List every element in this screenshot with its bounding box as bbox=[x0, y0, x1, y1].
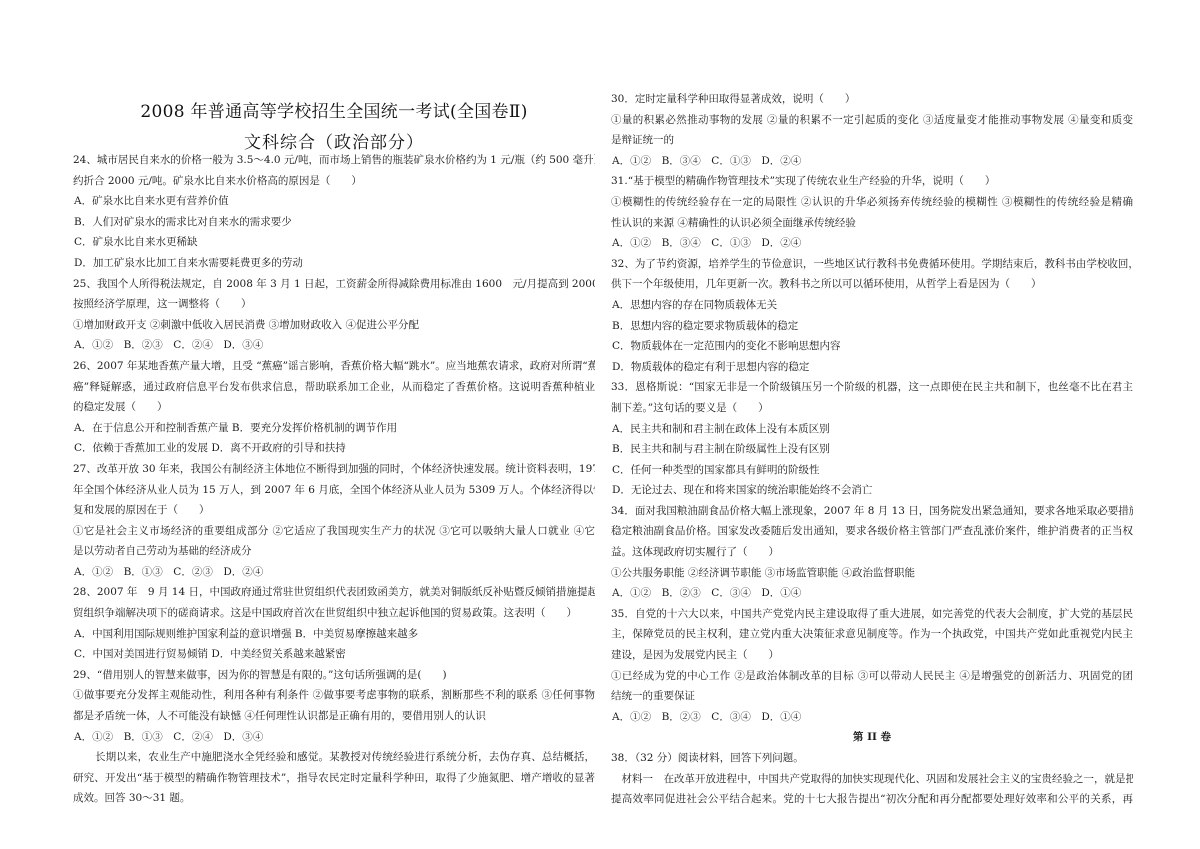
exam-title: 2008 年普通高等学校招生全国统一考试(全国卷Ⅱ) bbox=[73, 97, 595, 122]
text-line: 约折合 2000 元/吨。矿泉水比自来水价格高的原因是（ ） bbox=[73, 171, 595, 192]
text-line: 研究、开发出“基于模型的精确作物管理技术”，指导农民定时定量科学种田，取得了少施… bbox=[73, 768, 595, 789]
text-line: 建设，是因为发展党内民主（ ） bbox=[611, 645, 1133, 666]
text-line: 31.“基于模型的精确作物管理技术”实现了传统农业生产经验的升华，说明（ ） bbox=[611, 171, 1133, 192]
text-line: 的稳定发展（ ） bbox=[73, 397, 595, 418]
text-line: A．①② B．①③ C．②④ D．③④ bbox=[73, 727, 595, 748]
left-column-body: 24、城市居民自来水的价格一般为 3.5～4.0 元/吨，而市场上销售的瓶装矿泉… bbox=[73, 150, 595, 809]
text-line: 27、改革开放 30 年来，我国公有制经济主体地位不断得到加强的同时，个体经济快… bbox=[73, 459, 595, 480]
text-line: A．①② B．②③ C．②④ D．③④ bbox=[73, 335, 595, 356]
text-line: ①量的积累必然推动事物的发展 ②量的积累不一定引起质的变化 ③适度量变才能推动事… bbox=[611, 110, 1133, 131]
text-line: A．①② B．③④ C．①③ D．②④ bbox=[611, 151, 1133, 172]
text-line: 30．定时定量科学种田取得显著成效，说明（ ） bbox=[611, 89, 1133, 110]
text-line: 年全国个体经济从业人员为 15 万人，到 2007 年 6 月底，全国个体经济从… bbox=[73, 480, 595, 501]
text-line: A．①② B．②③ C．③④ D．①④ bbox=[611, 583, 1133, 604]
text-line: A．思想内容的存在同物质载体无关 bbox=[611, 295, 1133, 316]
text-line: B．人们对矿泉水的需求比对自来水的需求要少 bbox=[73, 212, 595, 233]
text-line: A．①② B．①③ C．②③ D．②④ bbox=[73, 562, 595, 583]
text-line: D．物质载体的稳定有利于思想内容的稳定 bbox=[611, 357, 1133, 378]
text-line: 主，保障党员的民主权利，建立党内重大决策征求意见制度等。作为一个执政党，中国共产… bbox=[611, 624, 1133, 645]
text-line: 供下一个年级使用，几年更新一次。教科书之所以可以循环使用，从哲学上看是因为（ ） bbox=[611, 274, 1133, 295]
text-line: C．中国对美国进行贸易倾销 D．中美经贸关系越来越紧密 bbox=[73, 644, 595, 665]
text-line: 32、为了节约资源，培养学生的节俭意识，一些地区试行教科书免费循环使用。学期结束… bbox=[611, 254, 1133, 275]
text-line: 26、2007 年某地香蕉产量大增，且受 “蕉癌”谣言影响，香蕉价格大幅“跳水”… bbox=[73, 356, 595, 377]
text-line: ①模糊性的传统经验存在一定的局限性 ②认识的升华必须扬弃传统经验的模糊性 ③模糊… bbox=[611, 192, 1133, 213]
text-line: 是以劳动者自己劳动为基础的经济成分 bbox=[73, 541, 595, 562]
text-line: 提高效率同促进社会公平结合起来。党的十七大报告提出“初次分配和再分配都要处理好效… bbox=[611, 789, 1133, 810]
text-line: C．矿泉水比自来水更稀缺 bbox=[73, 232, 595, 253]
text-line: C．任何一种类型的国家都具有鲜明的阶级性 bbox=[611, 460, 1133, 481]
text-line: B．民主共和制与君主制在阶级属性上没有区别 bbox=[611, 439, 1133, 460]
text-line: ①增加财政开支 ②刺激中低收入居民消费 ③增加财政收入 ④促进公平分配 bbox=[73, 315, 595, 336]
text-line: 29、“借用别人的智慧来做事，因为你的智慧是有限的。”这句话所强调的是( ) bbox=[73, 665, 595, 686]
text-line: 复和发展的原因在于（ ） bbox=[73, 500, 595, 521]
text-line: 按照经济学原理，这一调整将（ ） bbox=[73, 294, 595, 315]
text-line: 贸组织争端解决项下的磋商请求。这是中国政府首次在世贸组织中独立起诉他国的贸易政策… bbox=[73, 603, 595, 624]
text-line: A．中国利用国际规则维护国家利益的意识增强 B．中美贸易摩擦越来越多 bbox=[73, 624, 595, 645]
text-line: 33．恩格斯说：“国家无非是一个阶级镇压另一个阶级的机器，这一点即使在民主共和制… bbox=[611, 377, 1133, 398]
text-line: 制下差。”这句话的要义是（ ） bbox=[611, 398, 1133, 419]
text-line: 第 II 卷 bbox=[611, 727, 1133, 748]
text-line: C．依赖于香蕉加工业的发展 D．离不开政府的引导和扶持 bbox=[73, 438, 595, 459]
text-line: 成效。回答 30～31 题。 bbox=[73, 788, 595, 809]
text-line: 25、我国个人所得税法规定，自 2008 年 3 月 1 日起，工资薪金所得减除… bbox=[73, 274, 595, 295]
text-line: 稳定粮油副食品价格。国家发改委随后发出通知，要求各级价格主管部门严查乱涨价案件，… bbox=[611, 521, 1133, 542]
text-line: ①它是社会主义市场经济的重要组成部分 ②它适应了我国现实生产力的状况 ③它可以吸… bbox=[73, 521, 595, 542]
text-line: 38．（32 分）阅读材料，回答下列问题。 bbox=[611, 748, 1133, 769]
text-line: A．矿泉水比自来水更有营养价值 bbox=[73, 191, 595, 212]
text-line: 长期以来，农业生产中施肥浇水全凭经验和感觉。某教授对传统经验进行系统分析，去伪存… bbox=[73, 747, 595, 768]
text-line: 结统一的重要保证 bbox=[611, 686, 1133, 707]
text-line: ①做事要充分发挥主观能动性，利用各种有利条件 ②做事要考虑事物的联系，割断那些不… bbox=[73, 685, 595, 706]
text-line: 是辩证统一的 bbox=[611, 130, 1133, 151]
text-line: A．在于信息公开和控制香蕉产量 B．要充分发挥价格机制的调节作用 bbox=[73, 418, 595, 439]
text-line: C．物质载体在一定范围内的变化不影响思想内容 bbox=[611, 336, 1133, 357]
text-line: 35．自党的十六大以来，中国共产党党内民主建设取得了重大进展，如完善党的代表大会… bbox=[611, 604, 1133, 625]
text-line: 性认识的来源 ④精确性的认识必须全面继承传统经验 bbox=[611, 213, 1133, 234]
text-line: 34．面对我国粮油副食品价格大幅上涨现象，2007 年 8 月 13 日，国务院… bbox=[611, 501, 1133, 522]
text-line: D．加工矿泉水比加工自来水需要耗费更多的劳动 bbox=[73, 253, 595, 274]
text-line: 益。这体现政府切实履行了（ ） bbox=[611, 542, 1133, 563]
right-column-body: 30．定时定量科学种田取得显著成效，说明（ ）①量的积累必然推动事物的发展 ②量… bbox=[611, 89, 1133, 810]
text-line: ①已经成为党的中心工作 ②是政治体制改革的目标 ③可以带动人民民主 ④是增强党的… bbox=[611, 666, 1133, 687]
text-line: A．①② B．③④ C．①③ D．②④ bbox=[611, 233, 1133, 254]
text-line: 材料一 在改革开放进程中，中国共产党取得的加快实现现代化、巩固和发展社会主义的宝… bbox=[611, 769, 1133, 790]
text-line: A．民主共和制和君主制在政体上没有本质区别 bbox=[611, 419, 1133, 440]
text-line: A．①② B．②③ C．③④ D．①④ bbox=[611, 707, 1133, 728]
text-line: 24、城市居民自来水的价格一般为 3.5～4.0 元/吨，而市场上销售的瓶装矿泉… bbox=[73, 150, 595, 171]
text-line: 28、2007 年 9 月 14 日，中国政府通过常驻世贸组织代表团致函美方，就… bbox=[73, 582, 595, 603]
text-line: D．无论过去、现在和将来国家的统治职能始终不会消亡 bbox=[611, 480, 1133, 501]
text-line: B．思想内容的稳定要求物质载体的稳定 bbox=[611, 316, 1133, 337]
text-line: 都是矛盾统一体，人不可能没有缺憾 ④任何理性认识都是正确有用的，要借用别人的认识 bbox=[73, 706, 595, 727]
text-line: 癌”释疑解惑，通过政府信息平台发布供求信息，帮助联系加工企业，从而稳定了香蕉价格… bbox=[73, 377, 595, 398]
text-line: ①公共服务职能 ②经济调节职能 ③市场监管职能 ④政治监督职能 bbox=[611, 563, 1133, 584]
